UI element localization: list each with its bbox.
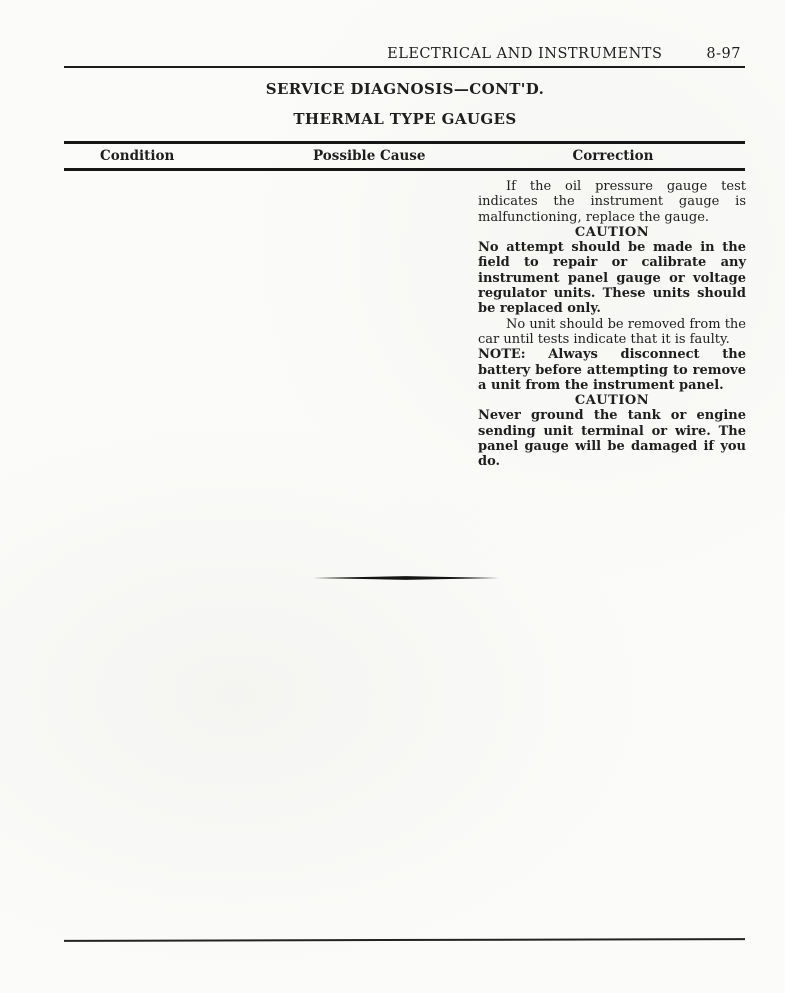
caution-heading: CAUTION — [478, 393, 746, 408]
column-header-correction: Correction — [538, 148, 688, 164]
table-bottom-rule — [64, 168, 745, 171]
column-header-possible-cause: Possible Cause — [313, 148, 425, 164]
section-subtitle: THERMAL TYPE GAUGES — [65, 110, 745, 128]
caution-paragraph: Never ground the tank or engine sending … — [478, 408, 746, 469]
column-header-condition: Condition — [100, 148, 174, 164]
caution-paragraph: No attempt should be made in the field t… — [478, 240, 746, 316]
header-rule — [64, 66, 745, 68]
correction-paragraph: If the oil pressure gauge test indicates… — [478, 179, 746, 225]
manual-page: ELECTRICAL AND INSTRUMENTS 8-97 SERVICE … — [0, 0, 785, 993]
section-end-divider — [313, 575, 499, 581]
page-bottom-rule — [64, 938, 745, 942]
page-title: ELECTRICAL AND INSTRUMENTS — [387, 46, 662, 62]
correction-paragraph: No unit should be removed from the car u… — [478, 317, 746, 348]
table-top-rule — [64, 141, 745, 144]
note-paragraph: NOTE: Always disconnect the battery befo… — [478, 347, 746, 393]
section-title: SERVICE DIAGNOSIS—CONT'D. — [65, 80, 745, 98]
caution-heading: CAUTION — [478, 225, 746, 240]
correction-column: If the oil pressure gauge test indicates… — [478, 179, 746, 470]
page-number: 8-97 — [706, 46, 741, 62]
running-head: ELECTRICAL AND INSTRUMENTS 8-97 — [380, 46, 741, 62]
